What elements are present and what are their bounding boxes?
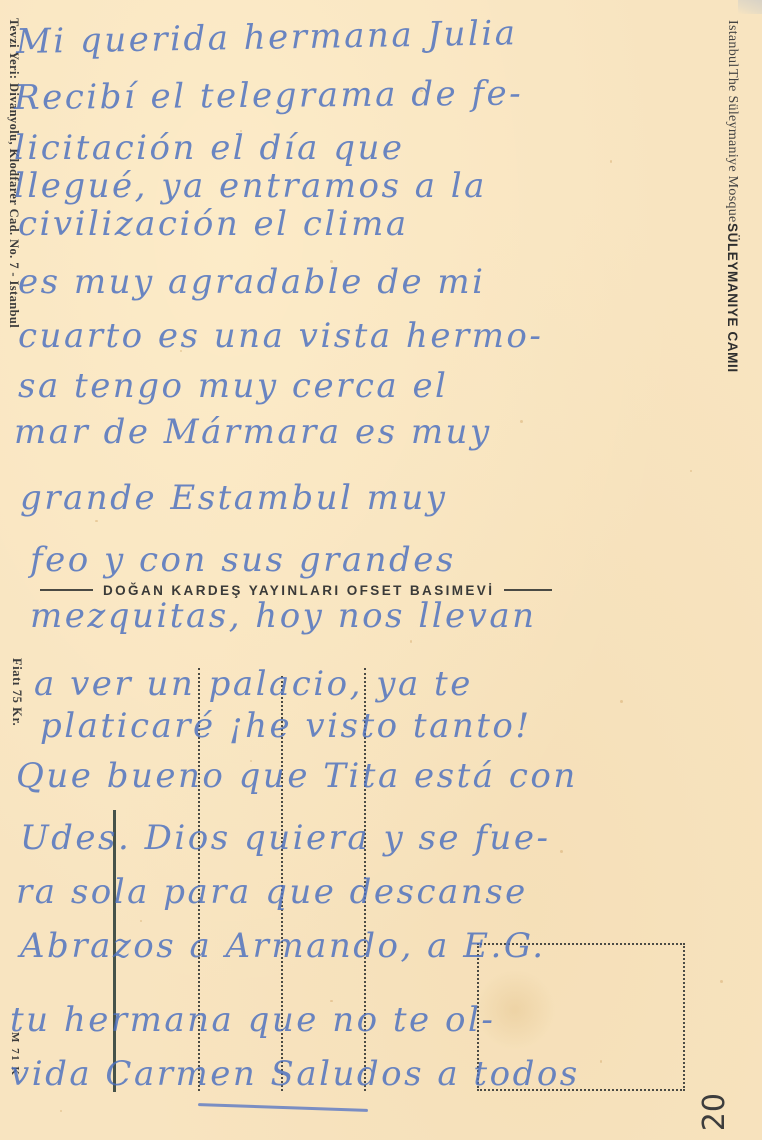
publisher-rule-left (40, 589, 93, 591)
message-line: mezquitas, hoy nos llevan (30, 596, 537, 636)
message-line: tu hermana que no te ol- (10, 1000, 495, 1040)
caption-city: Istanbul (724, 20, 740, 68)
caption-block: SÜLEYMANIYE CAMII The Süleymaniye Mosque… (724, 20, 740, 373)
message-line: Recibí el telegrama de fe- (14, 74, 524, 118)
worn-corner (738, 0, 762, 14)
message-line: civilización el clima (18, 204, 409, 244)
message-line: grande Estambul muy (20, 478, 448, 518)
message-line: licitación el día que (14, 128, 405, 168)
publisher-rule-right (504, 589, 552, 591)
message-line: cuarto es una vista hermo- (18, 316, 543, 356)
message-line: mar de Mármara es muy (14, 412, 492, 452)
caption-title: SÜLEYMANIYE CAMII (724, 223, 740, 373)
message-line: Abrazos a Armando, a E.G. (20, 926, 546, 966)
page-number: 20 (697, 1093, 732, 1131)
caption-subtitle: The Süleymaniye Mosque (724, 69, 740, 223)
message-line: feo y con sus grandes (30, 540, 456, 580)
price-label: Fiatı 75 Kr. (9, 658, 24, 726)
message-line: platicaré ¡he visto tanto! (40, 706, 532, 746)
postcard-back: SÜLEYMANIYE CAMII The Süleymaniye Mosque… (0, 0, 762, 1140)
message-line: a ver un palacio, ya te (34, 664, 473, 704)
message-line: sa tengo muy cerca el (18, 366, 448, 406)
message-line: Que bueno que Tita está con (16, 756, 578, 796)
message-line: llegué, ya entramos a la (14, 166, 487, 206)
message-line: Mi querida hermana Julia (16, 13, 518, 62)
signature-underline (198, 1103, 368, 1112)
message-line: Udes. Dios quiera y se fue- (20, 818, 550, 858)
message-line: es muy agradable de mi (18, 262, 486, 302)
message-line-signature: vida Carmen Saludos a todos (10, 1054, 580, 1094)
message-line: ra sola para que descanse (16, 872, 528, 912)
